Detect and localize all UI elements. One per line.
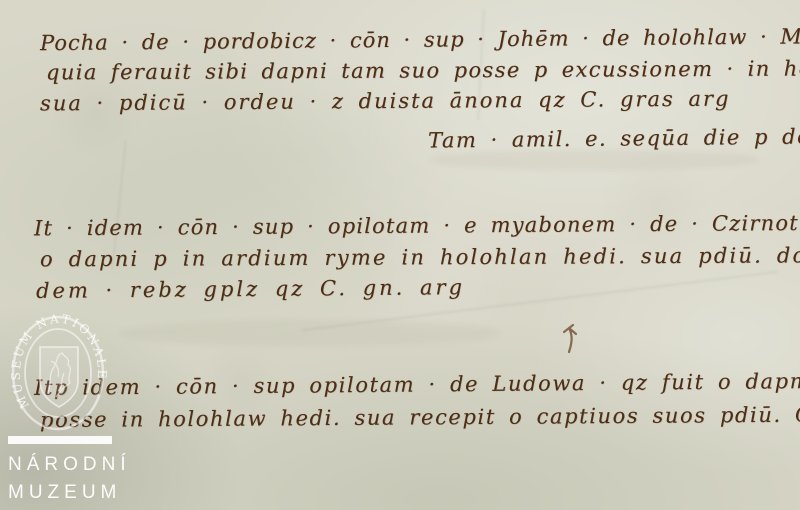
manuscript-line: It · idem · cōn · sup · opilotam · e mya… <box>34 210 800 241</box>
manuscript-photo: Pocha · de · pordobicz · cōn · sup · Joh… <box>0 0 800 510</box>
manuscript-line: o dapni p in ardium ryme in holohlan hed… <box>40 243 800 272</box>
ink-showthrough <box>430 150 760 170</box>
manuscript-line: Pocha · de · pordobicz · cōn · sup · Joh… <box>40 23 800 55</box>
logo-bar <box>8 436 112 444</box>
ink-blot-stroke <box>564 325 576 352</box>
narodni-muzeum-logo: NÁRODNÍ MUZEUM <box>8 436 168 507</box>
ink-showthrough <box>120 320 500 346</box>
logo-text-line2: MUZEUM <box>8 479 168 507</box>
manuscript-line: posse in holohlaw hedi. sua recepit o ca… <box>40 402 800 432</box>
ink-blot <box>560 322 586 356</box>
logo-text-line1: NÁRODNÍ <box>8 451 168 479</box>
manuscript-closing-line: Tam · amil. e. seqūa die p deninm − <box>428 124 800 153</box>
manuscript-line: Itp idem · cōn · sup opilotam · de Ludow… <box>34 368 800 400</box>
manuscript-line: quia ferauit sibi dapni tam suo posse p … <box>46 56 800 85</box>
manuscript-line: dem · rebz gplz qz C. gn. arg <box>36 275 465 303</box>
manuscript-line: sua · pdicū · ordeu · z duista ānona qz … <box>40 87 731 116</box>
seal-inner-ring <box>25 329 91 417</box>
